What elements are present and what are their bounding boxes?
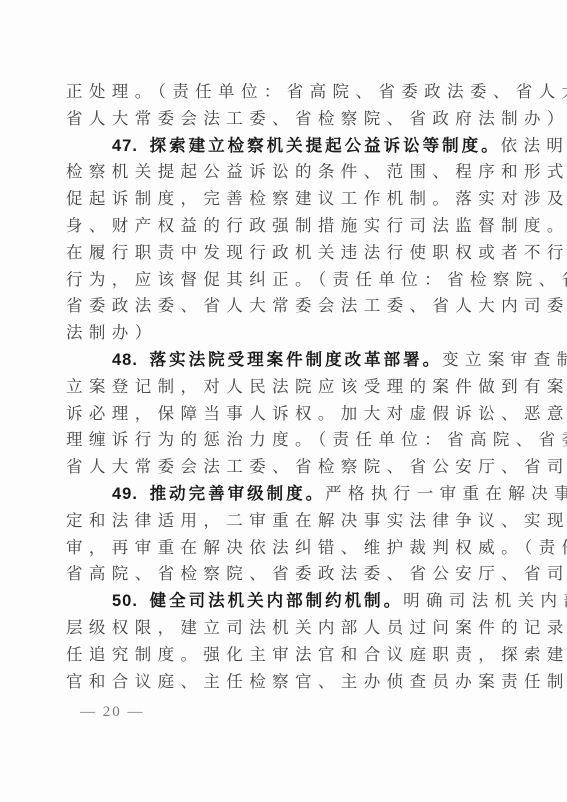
text-line: 任追究制度。强化主审法官和合议庭职责，探索建立主审法 (66, 642, 496, 669)
item-number: 47. (112, 137, 138, 155)
item-title: 落实法院受理案件制度改革部署。 (150, 350, 443, 369)
text-line: 省委政法委、省人大常委会法工委、省人大内司委、省政府 (66, 293, 496, 320)
text-run: 严格执行一审重在解决事实认 (325, 484, 567, 503)
text-line: 检察机关提起公益诉讼的条件、范围、程序和形式，建立督 (66, 159, 496, 186)
text-run: 依法明确 (501, 136, 567, 155)
text-line: 审，再审重在解决依法纠错、维护裁判权威。（责任单位： (66, 535, 496, 562)
item-title: 探索建立检察机关提起公益诉讼等制度。 (150, 136, 501, 155)
body-text: 正处理。（责任单位：省高院、省委政法委、省人大内司委、 省人大常委会法工委、省检… (66, 79, 496, 695)
text-line: 促起诉制度，完善检察建议工作机制。落实对涉及公民人 (66, 186, 496, 213)
text-line: 省人大常委会法工委、省检察院、省公安厅、省司法厅） (66, 454, 496, 481)
text-line: 理缠诉行为的惩治力度。（责任单位：省高院、省委政法委、 (66, 427, 496, 454)
text-line: 行为，应该督促其纠正。（责任单位：省检察院、省高院、 (66, 267, 496, 294)
text-line: 法制办） (66, 320, 496, 347)
text-run: 变立案审查制为 (442, 350, 567, 369)
text-line: 省高院、省检察院、省委政法委、省公安厅、省司法厅） (66, 561, 496, 588)
text-line: 身、财产权益的行政强制措施实行司法监督制度。检察机关 (66, 213, 496, 240)
text-line: 正处理。（责任单位：省高院、省委政法委、省人大内司委、 (66, 79, 496, 106)
text-line: 在履行职责中发现行政机关违法行使职权或者不行使职权的 (66, 240, 496, 267)
section-47-heading-line: 47. 探索建立检察机关提起公益诉讼等制度。依法明确 (66, 133, 496, 160)
text-line: 官和合议庭、主任检察官、主办侦查员办案责任制。改革审 (66, 669, 496, 696)
section-48-heading-line: 48. 落实法院受理案件制度改革部署。变立案审查制为 (66, 347, 496, 374)
section-50-heading-line: 50. 健全司法机关内部制约机制。明确司法机关内部各 (66, 588, 496, 615)
item-number: 48. (112, 351, 138, 369)
text-line: 层级权限，建立司法机关内部人员过问案件的记录制度和责 (66, 615, 496, 642)
item-title: 推动完善审级制度。 (150, 484, 326, 503)
item-number: 50. (112, 592, 138, 610)
item-number: 49. (112, 485, 138, 503)
page-number: — 20 — (80, 704, 145, 721)
text-line: 定和法律适用，二审重在解决事实法律争议、实现二审终 (66, 508, 496, 535)
text-line: 省人大常委会法工委、省检察院、省政府法制办） (66, 106, 496, 133)
text-line: 立案登记制，对人民法院应该受理的案件做到有案必立、有 (66, 374, 496, 401)
document-page: 正处理。（责任单位：省高院、省委政法委、省人大内司委、 省人大常委会法工委、省检… (0, 0, 567, 802)
text-line: 诉必理，保障当事人诉权。加大对虚假诉讼、恶意诉讼、无 (66, 401, 496, 428)
item-title: 健全司法机关内部制约机制。 (150, 591, 404, 610)
text-run: 明确司法机关内部各 (403, 591, 567, 610)
section-49-heading-line: 49. 推动完善审级制度。严格执行一审重在解决事实认 (66, 481, 496, 508)
